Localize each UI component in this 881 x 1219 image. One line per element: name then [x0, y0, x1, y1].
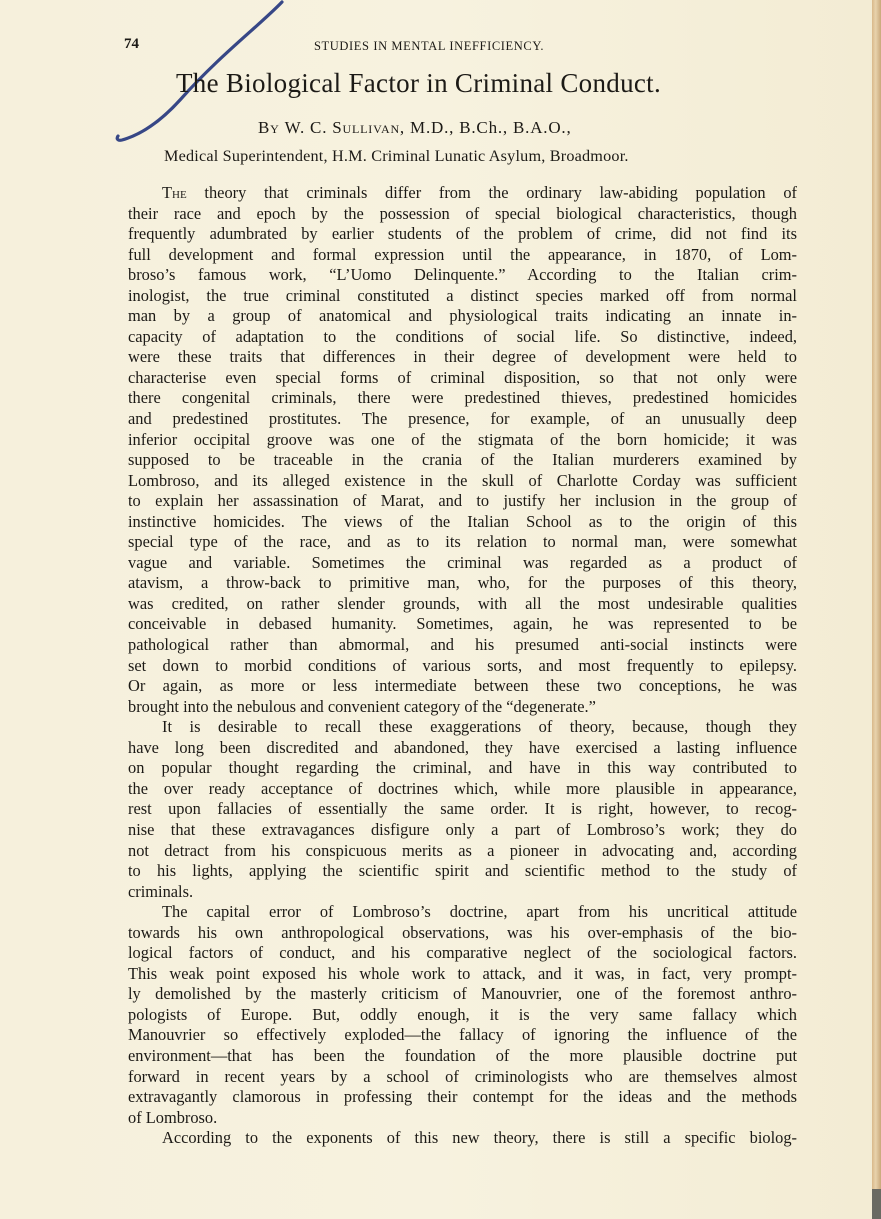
text-line: vague and variable. Sometimes the crimin… [128, 553, 797, 574]
text-line: there congenital criminals, there were p… [128, 388, 797, 409]
text-line: ly demolished by the masterly criticism … [128, 984, 797, 1005]
page-edge [872, 0, 881, 1219]
article-body: The theory that criminals differ from th… [128, 183, 797, 1149]
text-line: rest upon fallacies of essentially the s… [128, 799, 797, 820]
text-line: atavism, a throw-back to primitive man, … [128, 573, 797, 594]
text-line: inferior occipital groove was one of the… [128, 430, 797, 451]
author-affiliation: Medical Superintendent, H.M. Criminal Lu… [164, 147, 629, 166]
author-credentials: M.D., B.Ch., B.A.O., [410, 118, 571, 137]
byline: By W. C. Sullivan, M.D., B.Ch., B.A.O., [258, 118, 572, 138]
text-line: criminals. [128, 882, 797, 903]
text-line: to explain her assassination of Marat, a… [128, 491, 797, 512]
text-line: characterise even special forms of crimi… [128, 368, 797, 389]
text-line: pologists of Europe. But, oddly enough, … [128, 1005, 797, 1026]
page-number: 74 [124, 36, 139, 53]
text-line: extravagantly clamorous in professing th… [128, 1087, 797, 1108]
text-line: of Lombroso. [128, 1108, 797, 1129]
text-line: full development and formal expression u… [128, 245, 797, 266]
text-line: conceivable in debased humanity. Sometim… [128, 614, 797, 635]
text-line: The capital error of Lombroso’s doctrine… [128, 902, 797, 923]
text-line: pathological rather than abmormal, and h… [128, 635, 797, 656]
text-line: Manouvrier so effectively exploded—the f… [128, 1025, 797, 1046]
text-line: were these traits that differences in th… [128, 347, 797, 368]
text-line: logical factors of conduct, and his comp… [128, 943, 797, 964]
text-line: special type of the race, and as to its … [128, 532, 797, 553]
text-line: and predestined prostitutes. The presenc… [128, 409, 797, 430]
text-line: capacity of adaptation to the conditions… [128, 327, 797, 348]
text-line: set down to morbid conditions of various… [128, 656, 797, 677]
article-title: The Biological Factor in Criminal Conduc… [176, 68, 661, 99]
page-edge-shadow [872, 1189, 881, 1219]
text-line: brought into the nebulous and convenient… [128, 697, 797, 718]
text-line: forward in recent years by a school of c… [128, 1067, 797, 1088]
running-header: 74 STUDIES IN MENTAL INEFFICIENCY. [124, 36, 814, 56]
text-line: to his lights, applying the scientific s… [128, 861, 797, 882]
text-line: was credited, on rather slender grounds,… [128, 594, 797, 615]
text-line: the over ready acceptance of doctrines w… [128, 779, 797, 800]
text-line: towards his own anthropological observat… [128, 923, 797, 944]
text-line: According to the exponents of this new t… [128, 1128, 797, 1149]
text-line: Or again, as more or less intermediate b… [128, 676, 797, 697]
text-line: man by a group of anatomical and physiol… [128, 306, 797, 327]
author-name: W. C. Sullivan, [285, 118, 405, 137]
text-line: The theory that criminals differ from th… [128, 183, 797, 204]
text-line: environment—that has been the foundation… [128, 1046, 797, 1067]
text-line: have long been discredited and abandoned… [128, 738, 797, 759]
text-line: This weak point exposed his whole work t… [128, 964, 797, 985]
lead-word: The [162, 183, 187, 202]
text-line: supposed to be traceable in the crania o… [128, 450, 797, 471]
text-line: inologist, the true criminal constituted… [128, 286, 797, 307]
text-line: instinctive homicides. The views of the … [128, 512, 797, 533]
text-line: their race and epoch by the possession o… [128, 204, 797, 225]
text-line: not detract from his conspicuous merits … [128, 841, 797, 862]
text-line: Lombroso, and its alleged existence in t… [128, 471, 797, 492]
text-line: frequently adumbrated by earlier student… [128, 224, 797, 245]
text-line: It is desirable to recall these exaggera… [128, 717, 797, 738]
text-line: on popular thought regarding the crimina… [128, 758, 797, 779]
text-line: broso’s famous work, “L’Uomo Delinquente… [128, 265, 797, 286]
running-head: STUDIES IN MENTAL INEFFICIENCY. [314, 39, 544, 54]
byline-prefix: By [258, 118, 280, 137]
text-line: nise that these extravagances disfigure … [128, 820, 797, 841]
